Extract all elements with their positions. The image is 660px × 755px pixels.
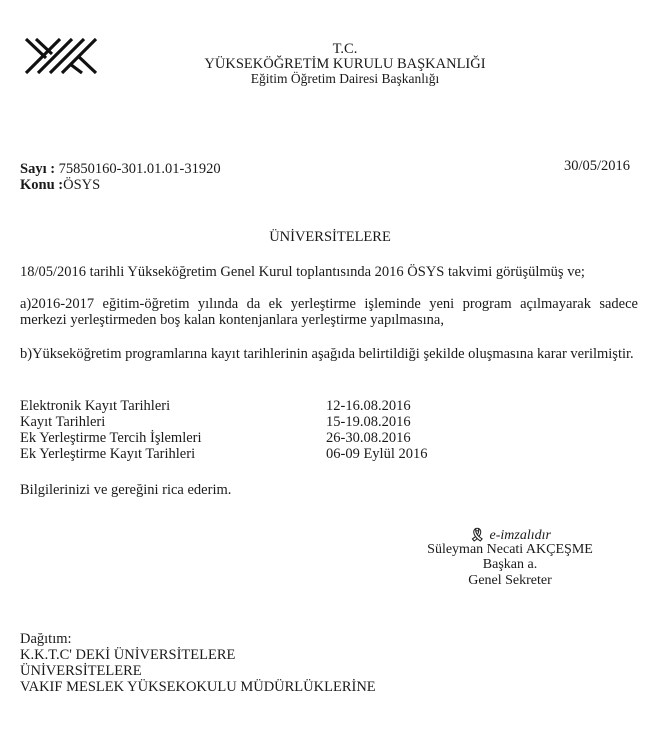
signer-title: Başkan a. — [425, 557, 595, 573]
intro-paragraph: 18/05/2016 tarihli Yükseköğretim Genel K… — [20, 264, 638, 280]
signer-position: Genel Sekreter — [425, 573, 595, 589]
distribution-item: K.K.T.C' DEKİ ÜNİVERSİTELERE — [20, 648, 235, 663]
sayi-label: Sayı : — [20, 161, 55, 177]
signer-name: Süleyman Necati AKÇEŞME — [425, 542, 595, 558]
item-a-paragraph: a)2016-2017 eğitim-öğretim yılında da ek… — [20, 296, 638, 328]
schedule-label: Kayıt Tarihleri — [20, 414, 105, 431]
document-date: 30/05/2016 — [564, 158, 630, 175]
header-organization: YÜKSEKÖĞRETİM KURULU BAŞKANLIĞI — [200, 56, 490, 72]
header-department: Eğitim Öğretim Dairesi Başkanlığı — [200, 71, 490, 87]
recipient-heading: ÜNİVERSİTELERE — [0, 229, 660, 246]
header-country: T.C. — [200, 41, 490, 57]
reference-number: Sayı : 75850160-301.01.01-31920 — [20, 161, 221, 178]
schedule-value: 06-09 Eylül 2016 — [326, 446, 428, 463]
yok-logo-icon — [24, 36, 102, 76]
schedule-label: Ek Yerleştirme Tercih İşlemleri — [20, 430, 202, 447]
distribution-item: VAKIF MESLEK YÜKSEKOKULU MÜDÜRLÜKLERİNE — [20, 680, 376, 695]
schedule-value: 12-16.08.2016 — [326, 398, 411, 415]
distribution-item: ÜNİVERSİTELERE — [20, 664, 142, 679]
item-b-paragraph: b)Yükseköğretim programlarına kayıt tari… — [20, 346, 638, 362]
schedule-label: Ek Yerleştirme Kayıt Tarihleri — [20, 446, 195, 463]
e-signature-seal-icon: 🎗︎ — [469, 527, 486, 542]
konu-label: Konu : — [20, 177, 63, 193]
schedule-value: 26-30.08.2016 — [326, 430, 411, 447]
konu-value: ÖSYS — [63, 177, 100, 193]
subject: Konu :ÖSYS — [20, 177, 100, 194]
esig-text: e-imzalıdır — [490, 528, 551, 543]
closing-line: Bilgilerinizi ve gereğini rica ederim. — [20, 482, 231, 499]
distribution-label: Dağıtım: — [20, 632, 72, 647]
schedule-value: 15-19.08.2016 — [326, 414, 411, 431]
sayi-value: 75850160-301.01.01-31920 — [55, 161, 221, 177]
schedule-label: Elektronik Kayıt Tarihleri — [20, 398, 170, 415]
